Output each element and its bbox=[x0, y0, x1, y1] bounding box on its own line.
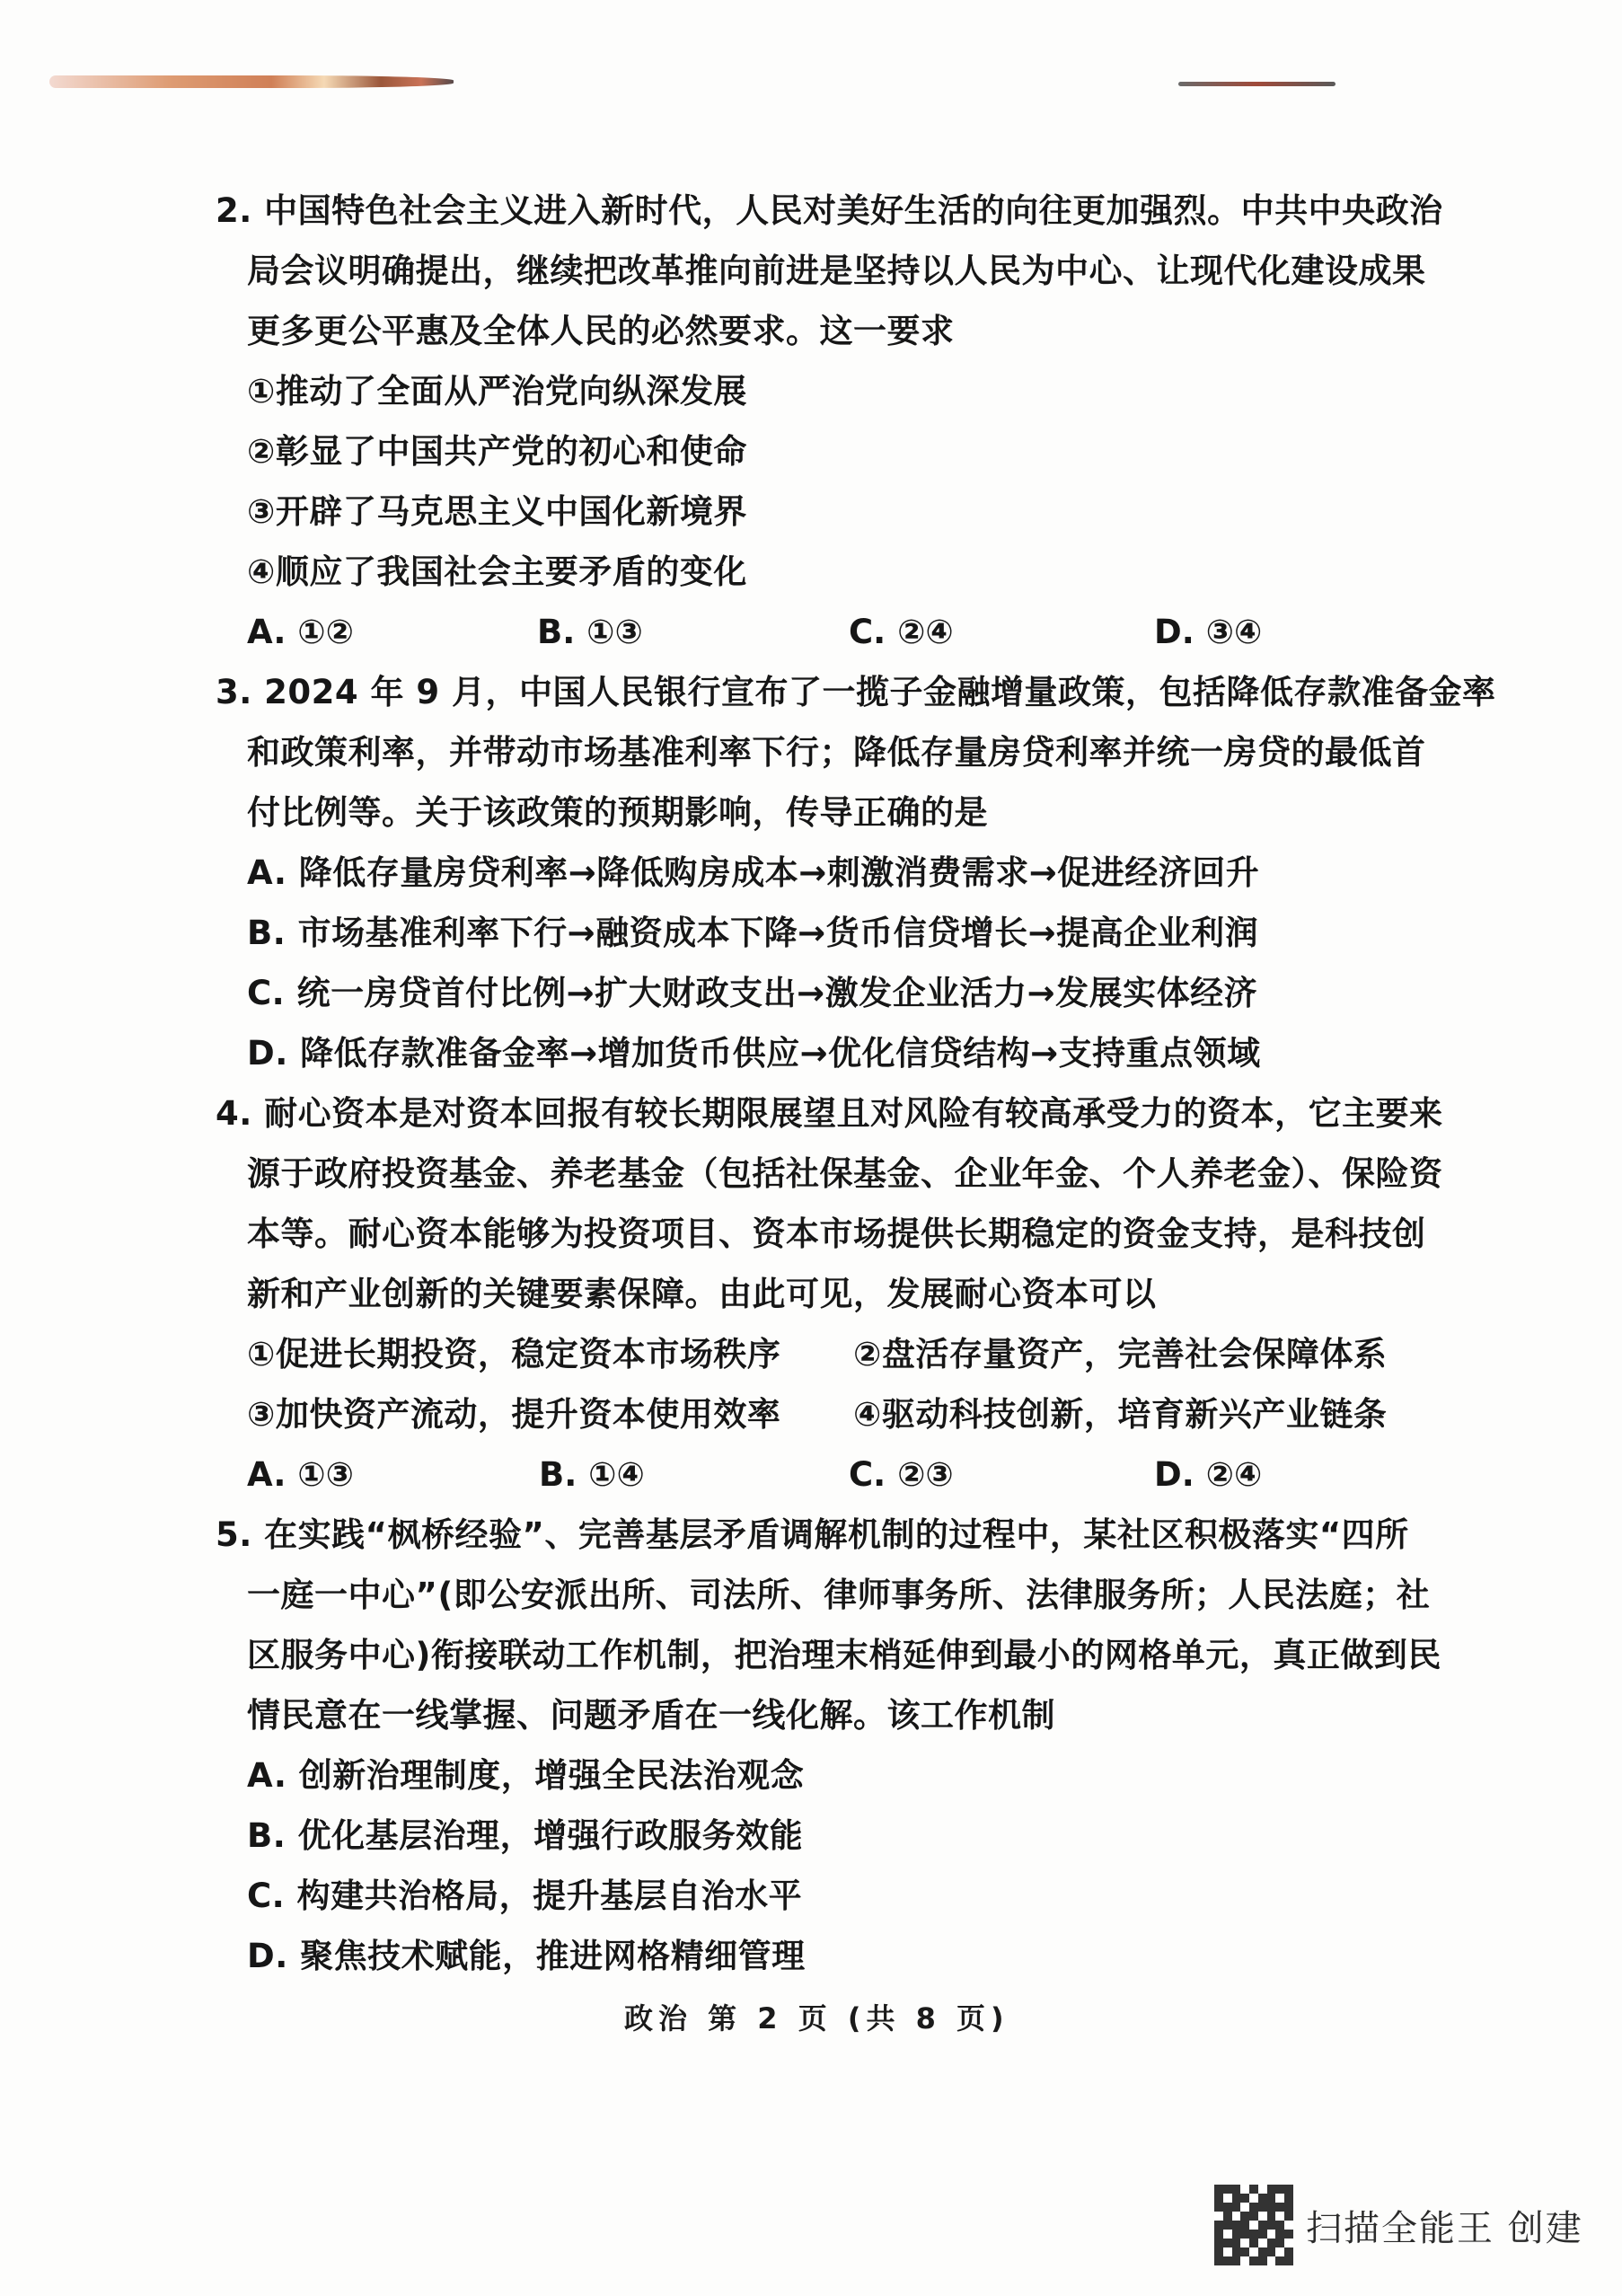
option-a: A. 创新治理制度，增强全民法治观念 bbox=[247, 1756, 804, 1796]
option-a: A. ①③ bbox=[247, 1455, 354, 1495]
option-c: C. 构建共治格局，提升基层自治水平 bbox=[247, 1877, 802, 1916]
option-d: D. 聚焦技术赋能，推进网格精细管理 bbox=[247, 1937, 806, 1976]
option-d: D. ③④ bbox=[1154, 613, 1262, 652]
option-a: A. ①② bbox=[247, 613, 354, 652]
statement: ④驱动科技创新，培育新兴产业链条 bbox=[853, 1395, 1387, 1435]
question-stem-line: 付比例等。关于该政策的预期影响，传导正确的是 bbox=[247, 793, 988, 833]
option-d: D. 降低存款准备金率→增加货币供应→优化信贷结构→支持重点领域 bbox=[247, 1034, 1261, 1073]
question-stem-line: 源于政府投资基金、养老基金（包括社保基金、企业年金、个人养老金）、保险资 bbox=[247, 1154, 1443, 1194]
question-stem-line: 2. 中国特色社会主义进入新时代，人民对美好生活的向往更加强烈。中共中央政治 bbox=[216, 191, 1443, 231]
question-stem-line: 4. 耐心资本是对资本回报有较长期限展望且对风险有较高承受力的资本，它主要来 bbox=[216, 1094, 1443, 1134]
scanner-watermark: 扫描全能王 创建 bbox=[1214, 2185, 1583, 2265]
scan-binding-mark-right bbox=[1178, 82, 1336, 86]
question-stem-line: 本等。耐心资本能够为投资项目、资本市场提供长期稳定的资金支持，是科技创 bbox=[247, 1214, 1426, 1254]
option-b: B. 优化基层治理，增强行政服务效能 bbox=[247, 1816, 803, 1856]
statement: ④顺应了我国社会主要矛盾的变化 bbox=[247, 552, 747, 592]
question-stem-line: 5. 在实践“枫桥经验”、完善基层矛盾调解机制的过程中，某社区积极落实“四所 bbox=[216, 1515, 1409, 1555]
option-c: C. 统一房贷首付比例→扩大财政支出→激发企业活力→发展实体经济 bbox=[247, 974, 1257, 1013]
option-b: B. ①③ bbox=[537, 613, 643, 652]
statement: ①促进长期投资，稳定资本市场秩序 bbox=[247, 1335, 780, 1374]
option-c: C. ②③ bbox=[849, 1455, 954, 1495]
question-stem-line: 3. 2024 年 9 月，中国人民银行宣布了一揽子金融增量政策，包括降低存款准… bbox=[216, 673, 1496, 712]
question-stem-line: 情民意在一线掌握、问题矛盾在一线化解。该工作机制 bbox=[247, 1696, 1055, 1735]
watermark-text: 扫描全能王 创建 bbox=[1306, 2200, 1583, 2251]
option-b: B. ①④ bbox=[539, 1455, 645, 1495]
question-stem-line: 和政策利率，并带动市场基准利率下行；降低存量房贷利率并统一房贷的最低首 bbox=[247, 733, 1426, 773]
statement: ②盘活存量资产，完善社会保障体系 bbox=[853, 1335, 1387, 1374]
option-b: B. 市场基准利率下行→融资成本下降→货币信贷增长→提高企业利润 bbox=[247, 914, 1258, 953]
page-number-footer: 政治 第 2 页 (共 8 页) bbox=[624, 1996, 1009, 2037]
question-stem-line: 一庭一中心”(即公安派出所、司法所、律师事务所、法律服务所；人民法庭；社 bbox=[247, 1576, 1430, 1615]
statement: ③加快资产流动，提升资本使用效率 bbox=[247, 1395, 780, 1435]
question-stem-line: 更多更公平惠及全体人民的必然要求。这一要求 bbox=[247, 312, 955, 351]
statement: ③开辟了马克思主义中国化新境界 bbox=[247, 492, 747, 532]
option-c: C. ②④ bbox=[849, 613, 954, 652]
statement: ①推动了全面从严治党向纵深发展 bbox=[247, 372, 747, 411]
statement: ②彰显了中国共产党的初心和使命 bbox=[247, 432, 747, 472]
question-stem-line: 区服务中心)衔接联动工作机制，把治理末梢延伸到最小的网格单元，真正做到民 bbox=[247, 1636, 1441, 1675]
scan-binding-mark-left bbox=[49, 75, 454, 88]
option-d: D. ②④ bbox=[1154, 1455, 1262, 1495]
question-stem-line: 局会议明确提出，继续把改革推向前进是坚持以人民为中心、让现代化建设成果 bbox=[247, 252, 1426, 291]
question-stem-line: 新和产业创新的关键要素保障。由此可见，发展耐心资本可以 bbox=[247, 1275, 1157, 1314]
exam-page: 2. 中国特色社会主义进入新时代，人民对美好生活的向往更加强烈。中共中央政治 局… bbox=[0, 0, 1622, 2296]
option-a: A. 降低存量房贷利率→降低购房成本→刺激消费需求→促进经济回升 bbox=[247, 853, 1259, 893]
qr-code-icon bbox=[1214, 2185, 1293, 2265]
